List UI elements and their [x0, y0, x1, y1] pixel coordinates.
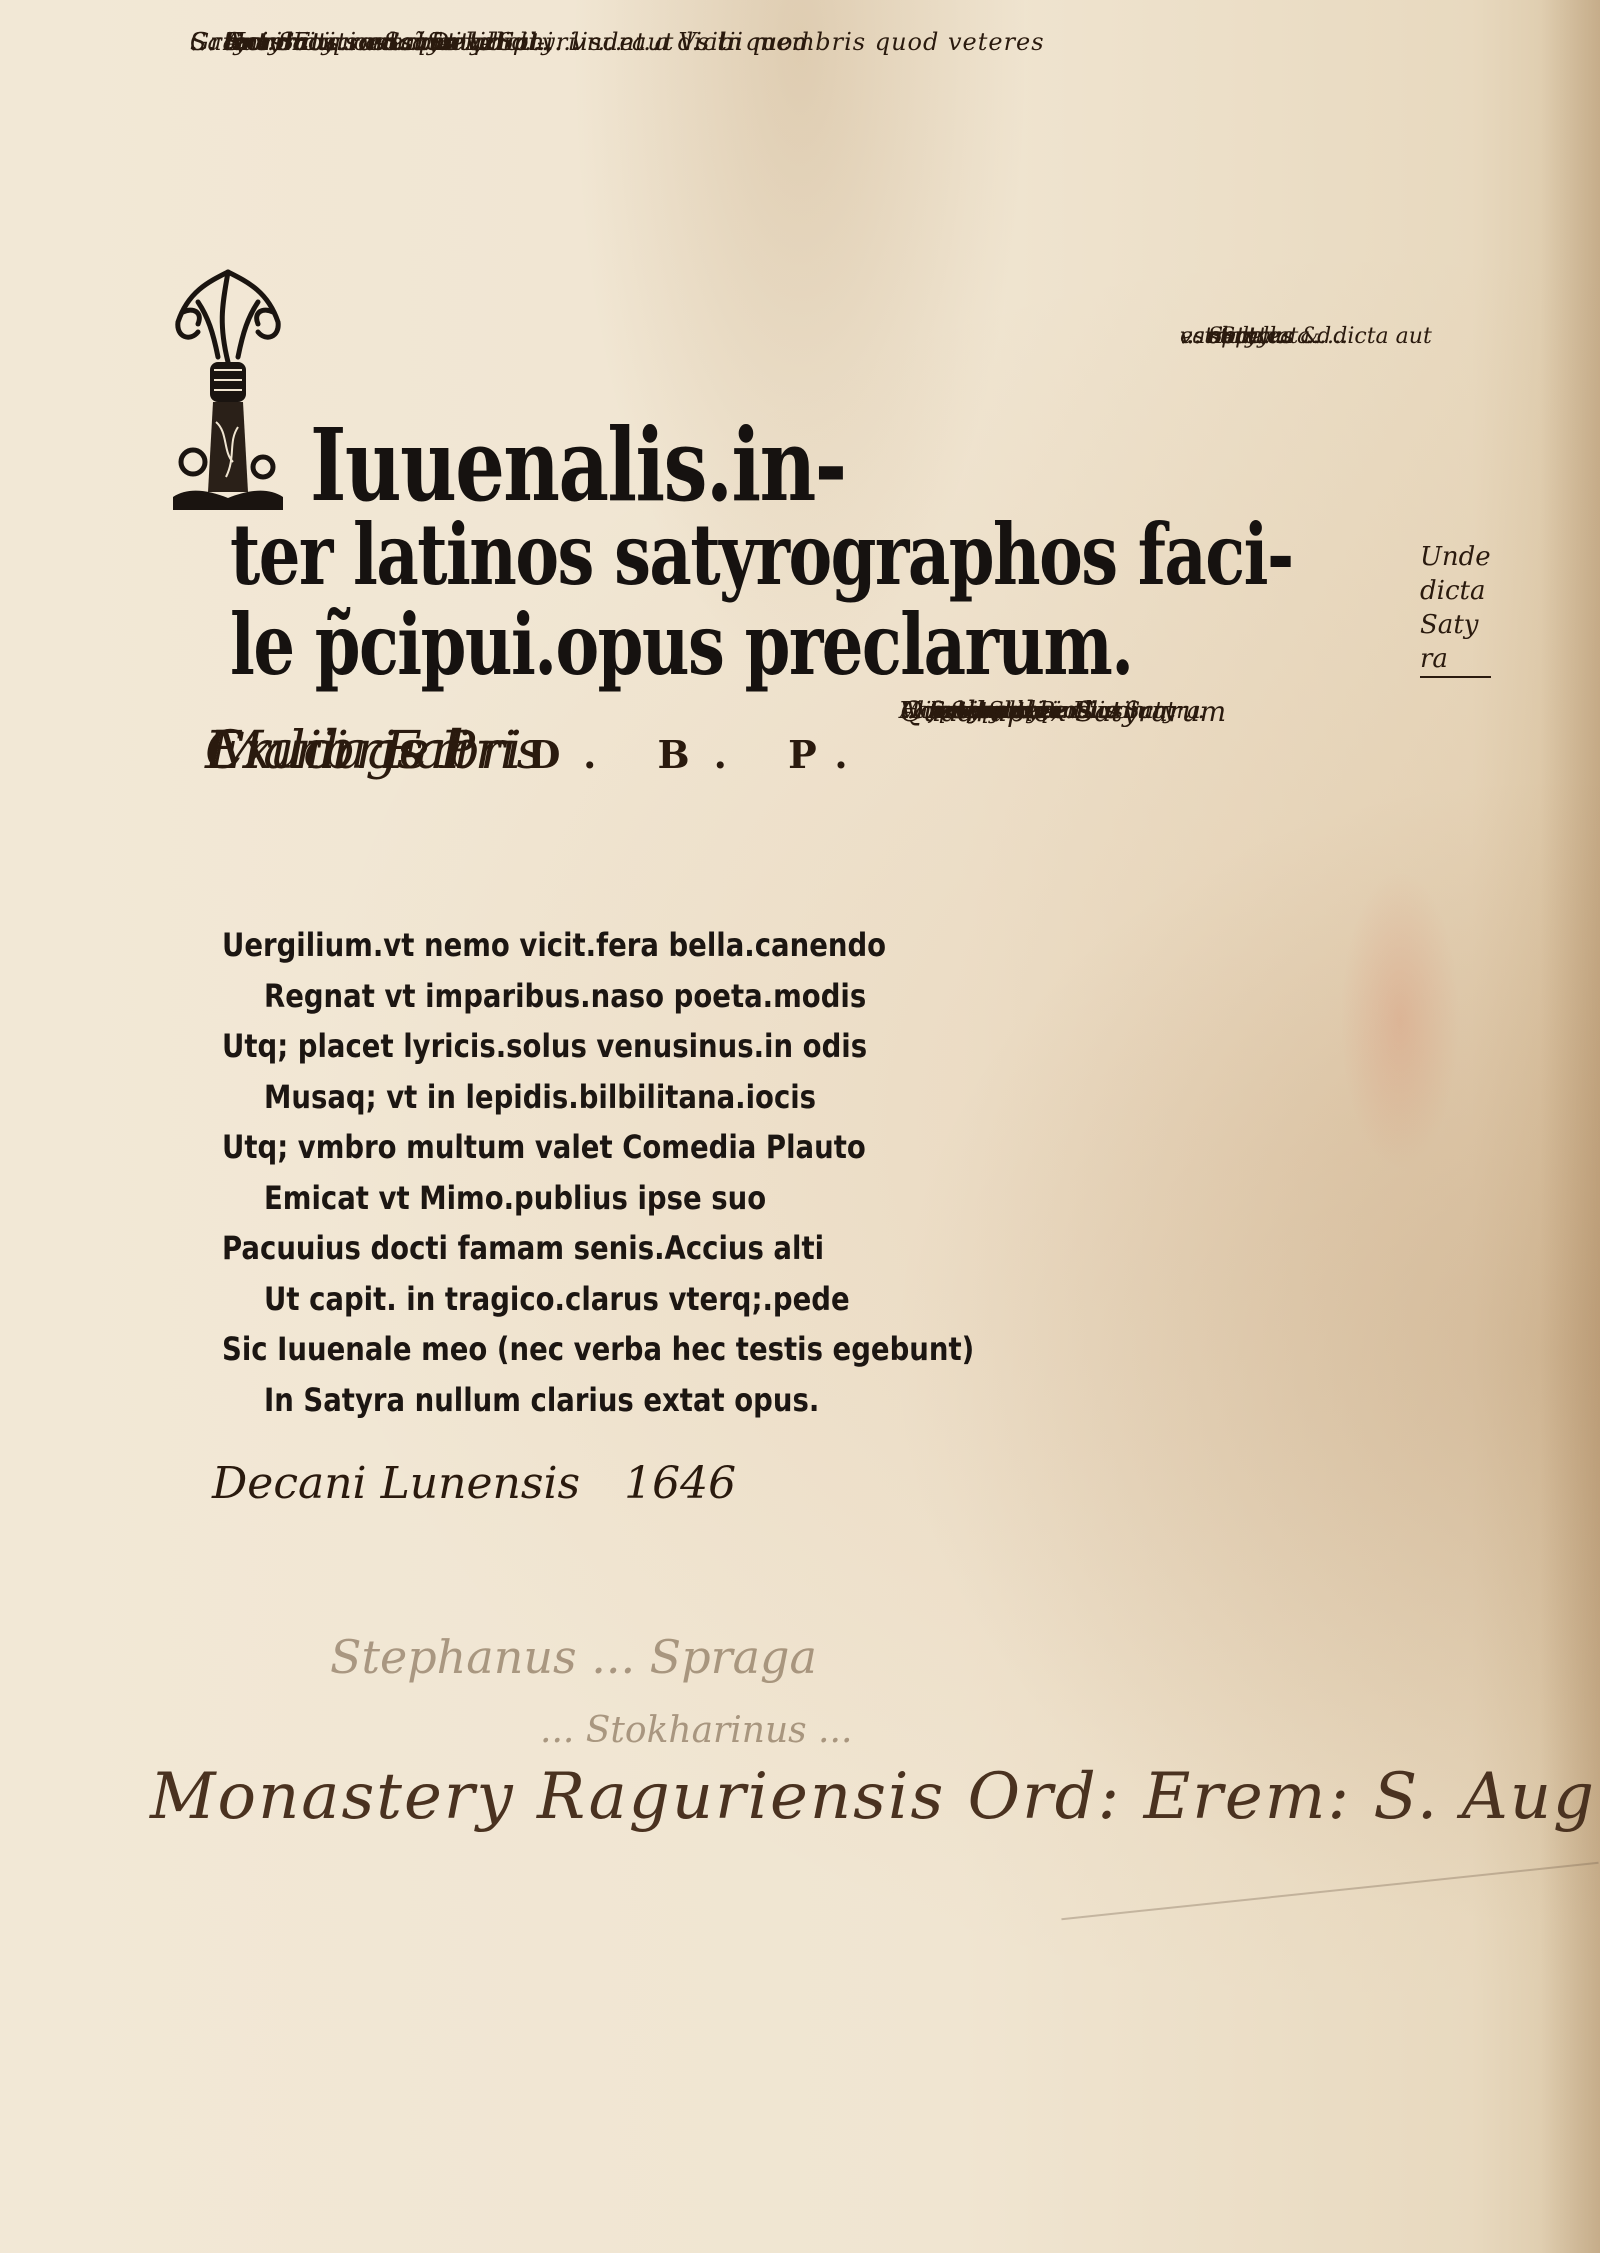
verse-line: Regnat vt imparibus.naso poeta.modis — [264, 971, 980, 1022]
verse-line: Uergilium.vt nemo vicit.fera bella.canen… — [222, 920, 974, 971]
verse-line: Utq; vmbro multum valet Comedia Plauto — [222, 1122, 974, 1173]
faint-inscription-2: ... Stokharinus ... — [540, 1710, 852, 1751]
boxed-marginal-note: Unde dicta Saty ra — [1420, 540, 1491, 678]
title-line-1: Iuuenalis.in- — [310, 420, 1310, 510]
mid-note-line: ... Iuvenalis ... — [900, 690, 1064, 733]
right-note-line: ... mala ... a d — [1180, 318, 1331, 356]
faint-inscription-1: Stephanus ... Spraga — [330, 1630, 817, 1684]
verse-line: In Satyra nullum clarius extat opus. — [264, 1375, 980, 1426]
boxed-note-word: Saty — [1420, 608, 1491, 642]
verse-line: Utq; placet lyricis.solus venusinus.in o… — [222, 1021, 974, 1072]
foxing-stain — [1340, 870, 1460, 1170]
book-title-page: Satyri dicti sunt q̃ in libidi- ... sunt… — [0, 0, 1600, 2253]
printed-verse-block: Uergilium.vt nemo vicit.fera bella.canen… — [222, 920, 1097, 1425]
top-note-line: ... Erasmi quos ... Delphi ... — [190, 20, 550, 64]
verse-line: Musaq; vt in lepidis.bilbilitana.iocis — [264, 1072, 980, 1123]
owner-surname: Cruci geri — [205, 721, 471, 781]
title-line-3: le p̃cipui.opus preclarum. — [230, 600, 1293, 690]
monastery-inscription: Monastery Raguriensis Ord: Erem: S. Augu — [150, 1760, 1600, 1834]
boxed-note-word: dicta — [1420, 574, 1491, 608]
printed-initials: D. B. P. — [528, 732, 872, 777]
owner-name-line-2: Cruci geri D. B. P. — [205, 715, 872, 791]
verse-line: Pacuuius docti famam senis.Accius alti — [222, 1223, 974, 1274]
inscription-text: Decani Lunensis — [212, 1458, 580, 1509]
page-edge-shadow — [1540, 0, 1600, 2253]
verse-line: Sic Iuuenale meo (nec verba hec testis e… — [222, 1324, 974, 1375]
inscription-year: 1646 — [624, 1458, 736, 1509]
title-line-2: ter latinos satyrographos faci- — [230, 510, 1293, 600]
boxed-note-word: ra — [1420, 642, 1491, 676]
verse-line: Emicat vt Mimo.publius ipse suo — [264, 1173, 980, 1224]
paper-crease — [1061, 1862, 1598, 1920]
dated-inscription: Decani Lunensis 1646 — [212, 1458, 736, 1509]
printed-title: Iuuenalis.in- ter latinos satyrographos … — [230, 420, 1592, 690]
verse-line: Ut capit. in tragico.clarus vterq;.pede — [264, 1274, 980, 1325]
boxed-note-word: Unde — [1420, 540, 1491, 574]
